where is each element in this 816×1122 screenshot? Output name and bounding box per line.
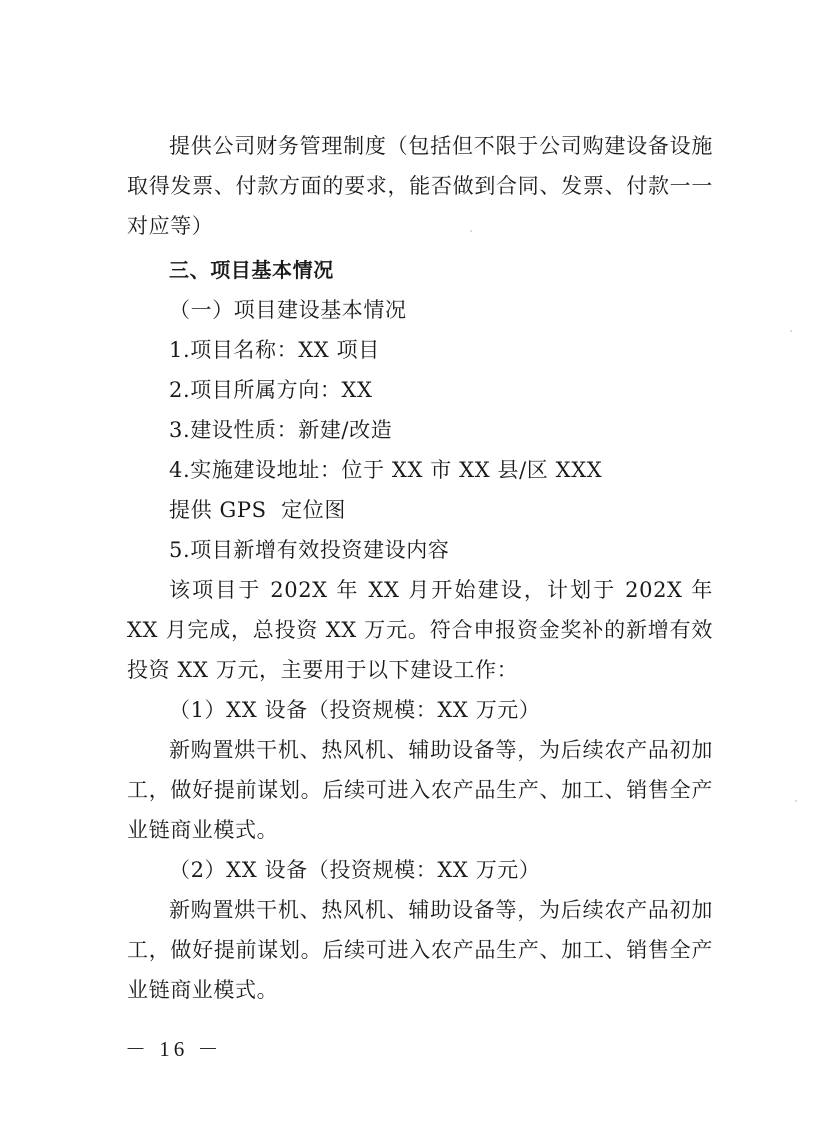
page-number: － 16 － <box>125 1033 223 1063</box>
item-project-direction: 2.项目所属方向：XX <box>127 370 713 410</box>
subsection-heading-construction: （一）项目建设基本情况 <box>127 290 713 330</box>
item-project-name: 1.项目名称：XX 项目 <box>127 330 713 370</box>
item-construction-address: 4.实施建设地址：位于 XX 市 XX 县/区 XXX <box>127 450 713 490</box>
equipment-1-title: （1）XX 设备（投资规模：XX 万元） <box>127 690 713 730</box>
section-heading-project-basics: 三、项目基本情况 <box>127 250 713 290</box>
financial-policy-paragraph: 提供公司财务管理制度（包括但不限于公司购建设备设施取得发票、付款方面的要求，能否… <box>127 126 713 246</box>
investment-summary-paragraph: 该项目于 202X 年 XX 月开始建设，计划于 202X 年 XX 月完成，总… <box>127 570 713 690</box>
equipment-1-description: 新购置烘干机、热风机、辅助设备等，为后续农产品初加工，做好提前谋划。后续可进入农… <box>127 730 713 850</box>
item-gps-map-note: 提供 GPS 定位图 <box>127 490 713 530</box>
scan-speck <box>795 800 797 802</box>
equipment-2-description: 新购置烘干机、热风机、辅助设备等，为后续农产品初加工，做好提前谋划。后续可进入农… <box>127 890 713 1010</box>
scan-speck <box>470 230 472 232</box>
item-investment-content: 5.项目新增有效投资建设内容 <box>127 530 713 570</box>
document-page: 提供公司财务管理制度（包括但不限于公司购建设备设施取得发票、付款方面的要求，能否… <box>127 126 713 1010</box>
item-construction-nature: 3.建设性质：新建/改造 <box>127 410 713 450</box>
scan-speck <box>790 330 792 332</box>
equipment-2-title: （2）XX 设备（投资规模：XX 万元） <box>127 850 713 890</box>
